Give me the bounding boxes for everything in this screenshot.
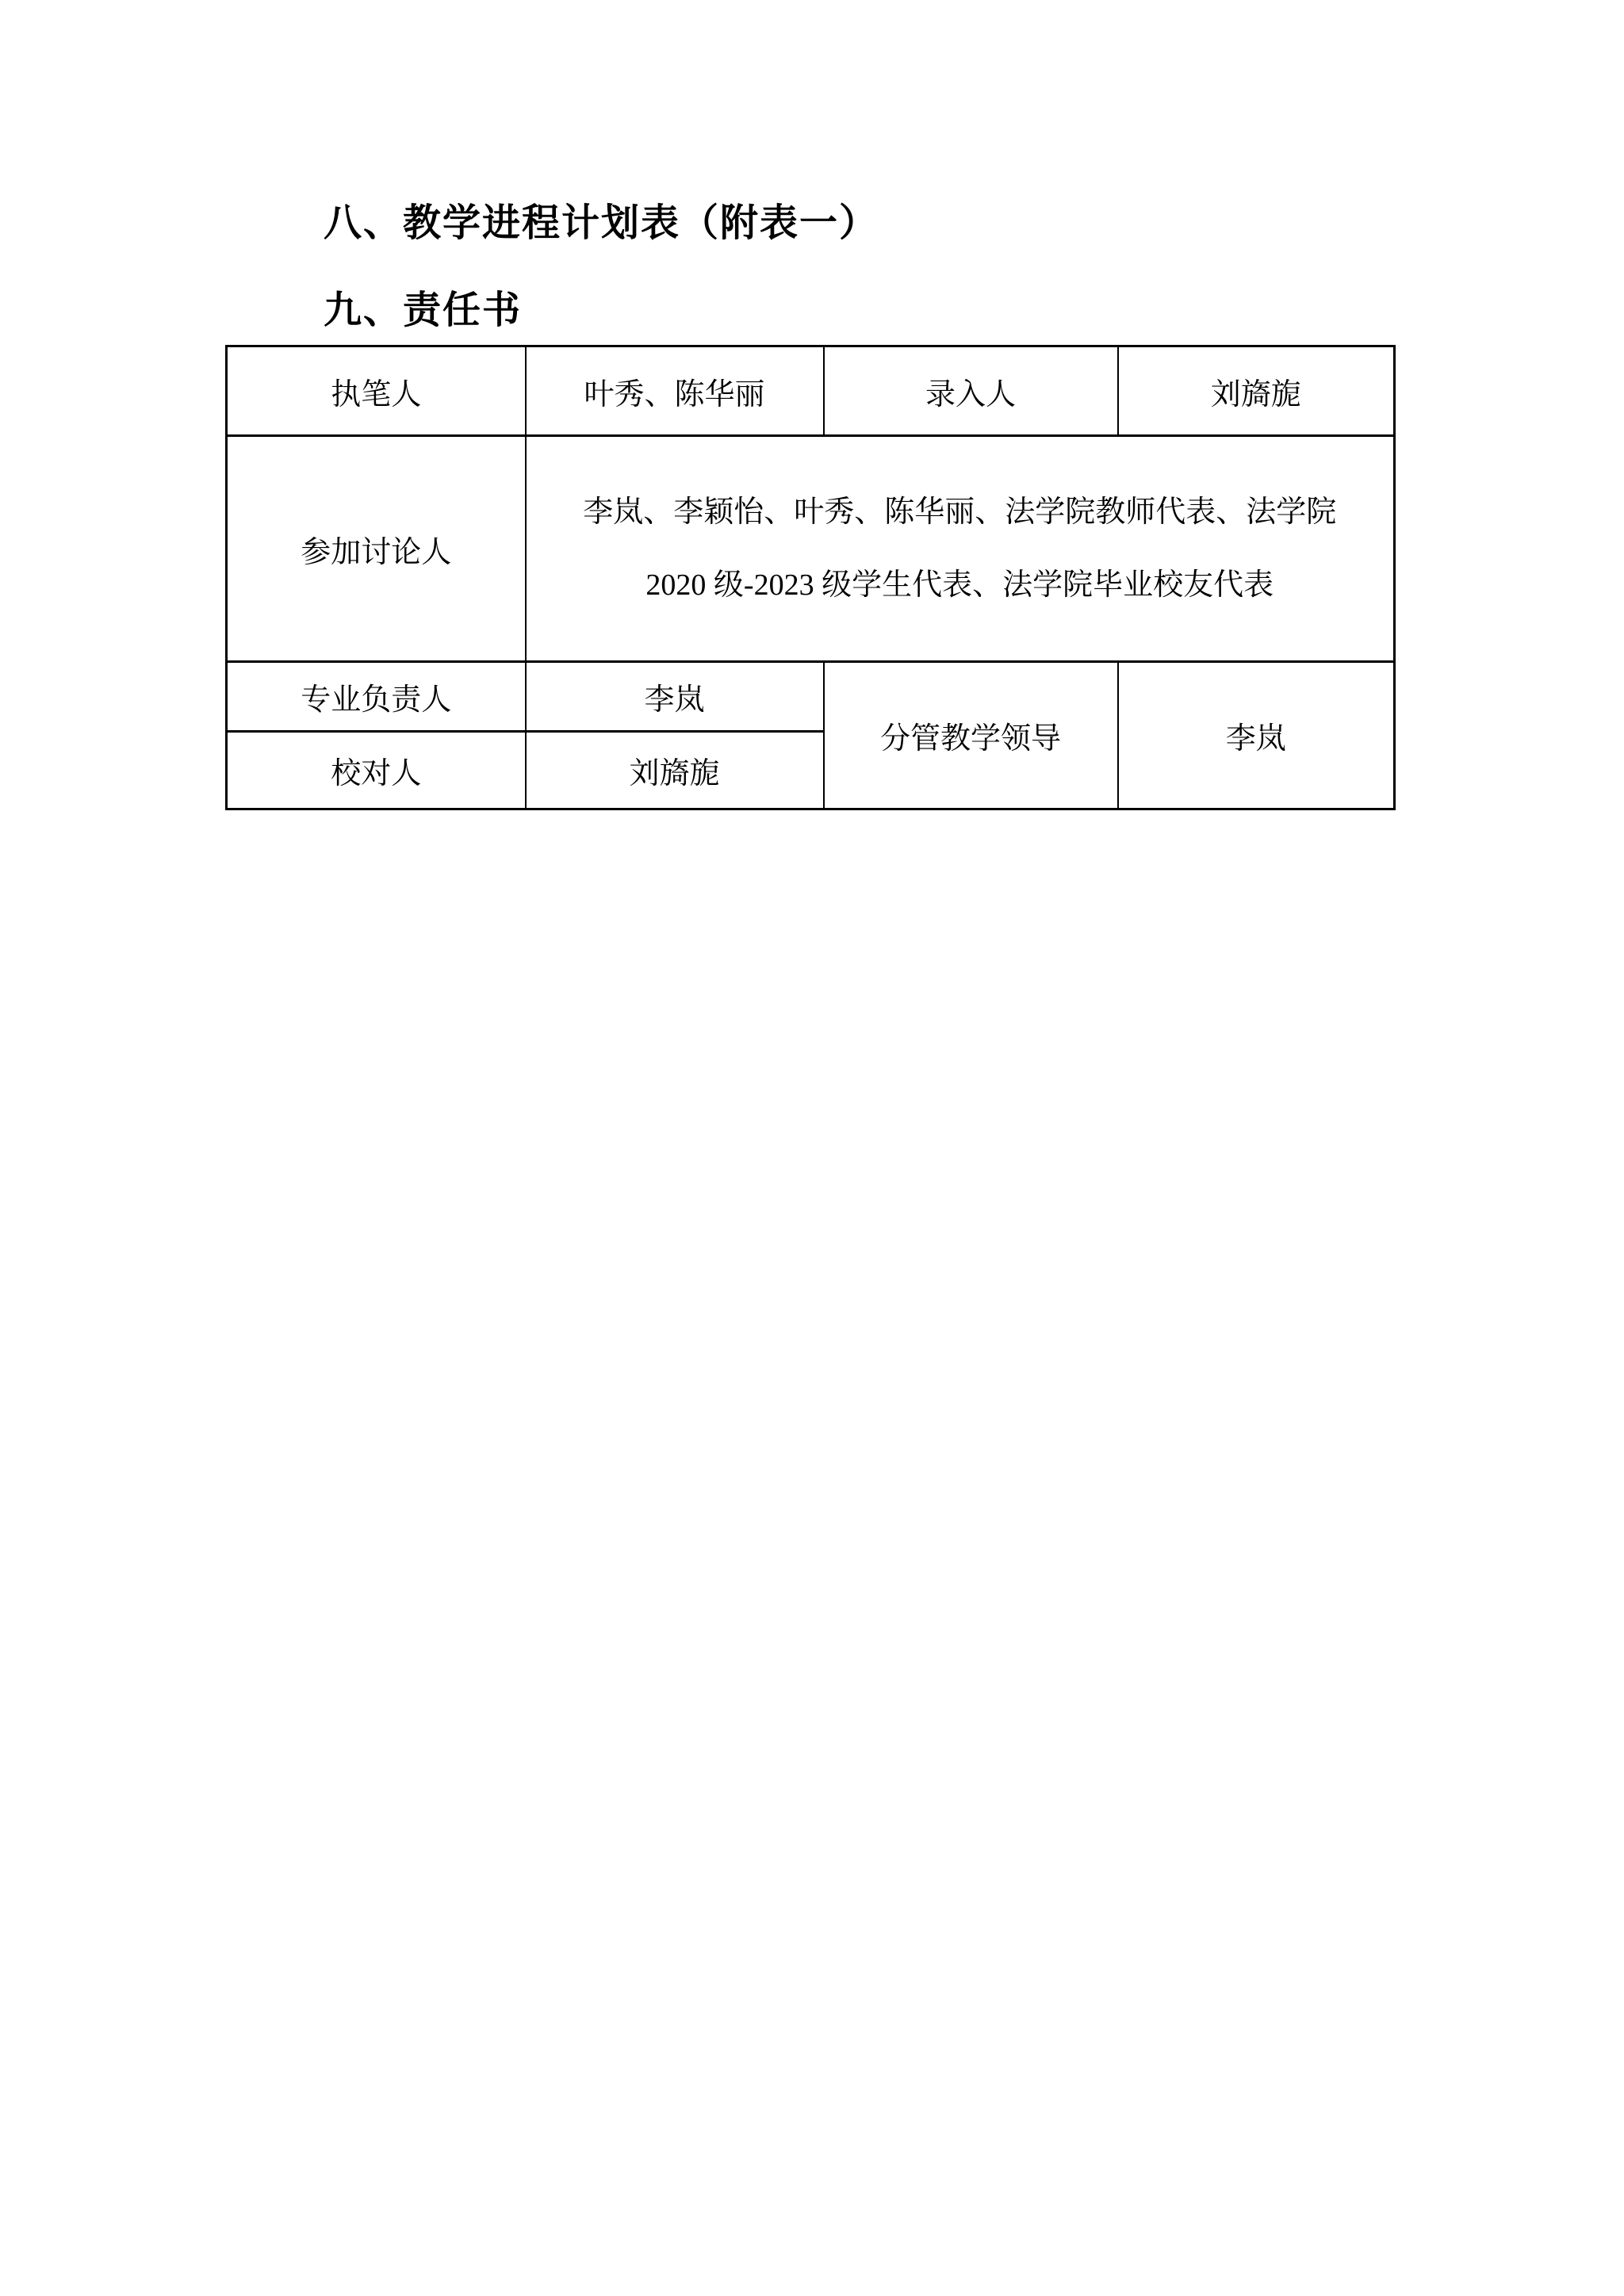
participants-value-line1: 李岚、李颖怡、叶秀、陈华丽、法学院教师代表、法学院 <box>527 476 1394 549</box>
participants-value-line2: 2020 级-2023 级学生代表、法学院毕业校友代表 <box>527 549 1394 622</box>
responsibility-table: 执笔人 叶秀、陈华丽 录入人 刘旖旎 参加讨论人 李岚、李颖怡、叶秀、陈华丽、法… <box>225 345 1396 810</box>
writer-value-cell: 叶秀、陈华丽 <box>526 346 824 436</box>
table-row-program-director: 专业负责人 李岚 分管教学领导 李岚 <box>227 662 1395 732</box>
program-director-value-cell: 李岚 <box>526 662 824 732</box>
proofreader-value-cell: 刘旖旎 <box>526 732 824 809</box>
proofreader-label-cell: 校对人 <box>227 732 526 809</box>
program-director-label-cell: 专业负责人 <box>227 662 526 732</box>
typist-label-cell: 录入人 <box>824 346 1118 436</box>
table-row-participants: 参加讨论人 李岚、李颖怡、叶秀、陈华丽、法学院教师代表、法学院 2020 级-2… <box>227 436 1395 662</box>
section-heading-responsibility: 九、责任书 <box>324 287 522 335</box>
document-page: 八、教学进程计划表（附表一） 九、责任书 执笔人 叶秀、陈华丽 录入人 刘旖旎 … <box>0 0 1624 2296</box>
teaching-leader-label-cell: 分管教学领导 <box>824 662 1118 809</box>
table-row-writer: 执笔人 叶秀、陈华丽 录入人 刘旖旎 <box>227 346 1395 436</box>
participants-label-cell: 参加讨论人 <box>227 436 526 662</box>
typist-value-cell: 刘旖旎 <box>1118 346 1395 436</box>
section-heading-teaching-schedule: 八、教学进程计划表（附表一） <box>324 200 879 247</box>
teaching-leader-value-cell: 李岚 <box>1118 662 1395 809</box>
participants-value-cell: 李岚、李颖怡、叶秀、陈华丽、法学院教师代表、法学院 2020 级-2023 级学… <box>526 436 1395 662</box>
writer-label-cell: 执笔人 <box>227 346 526 436</box>
